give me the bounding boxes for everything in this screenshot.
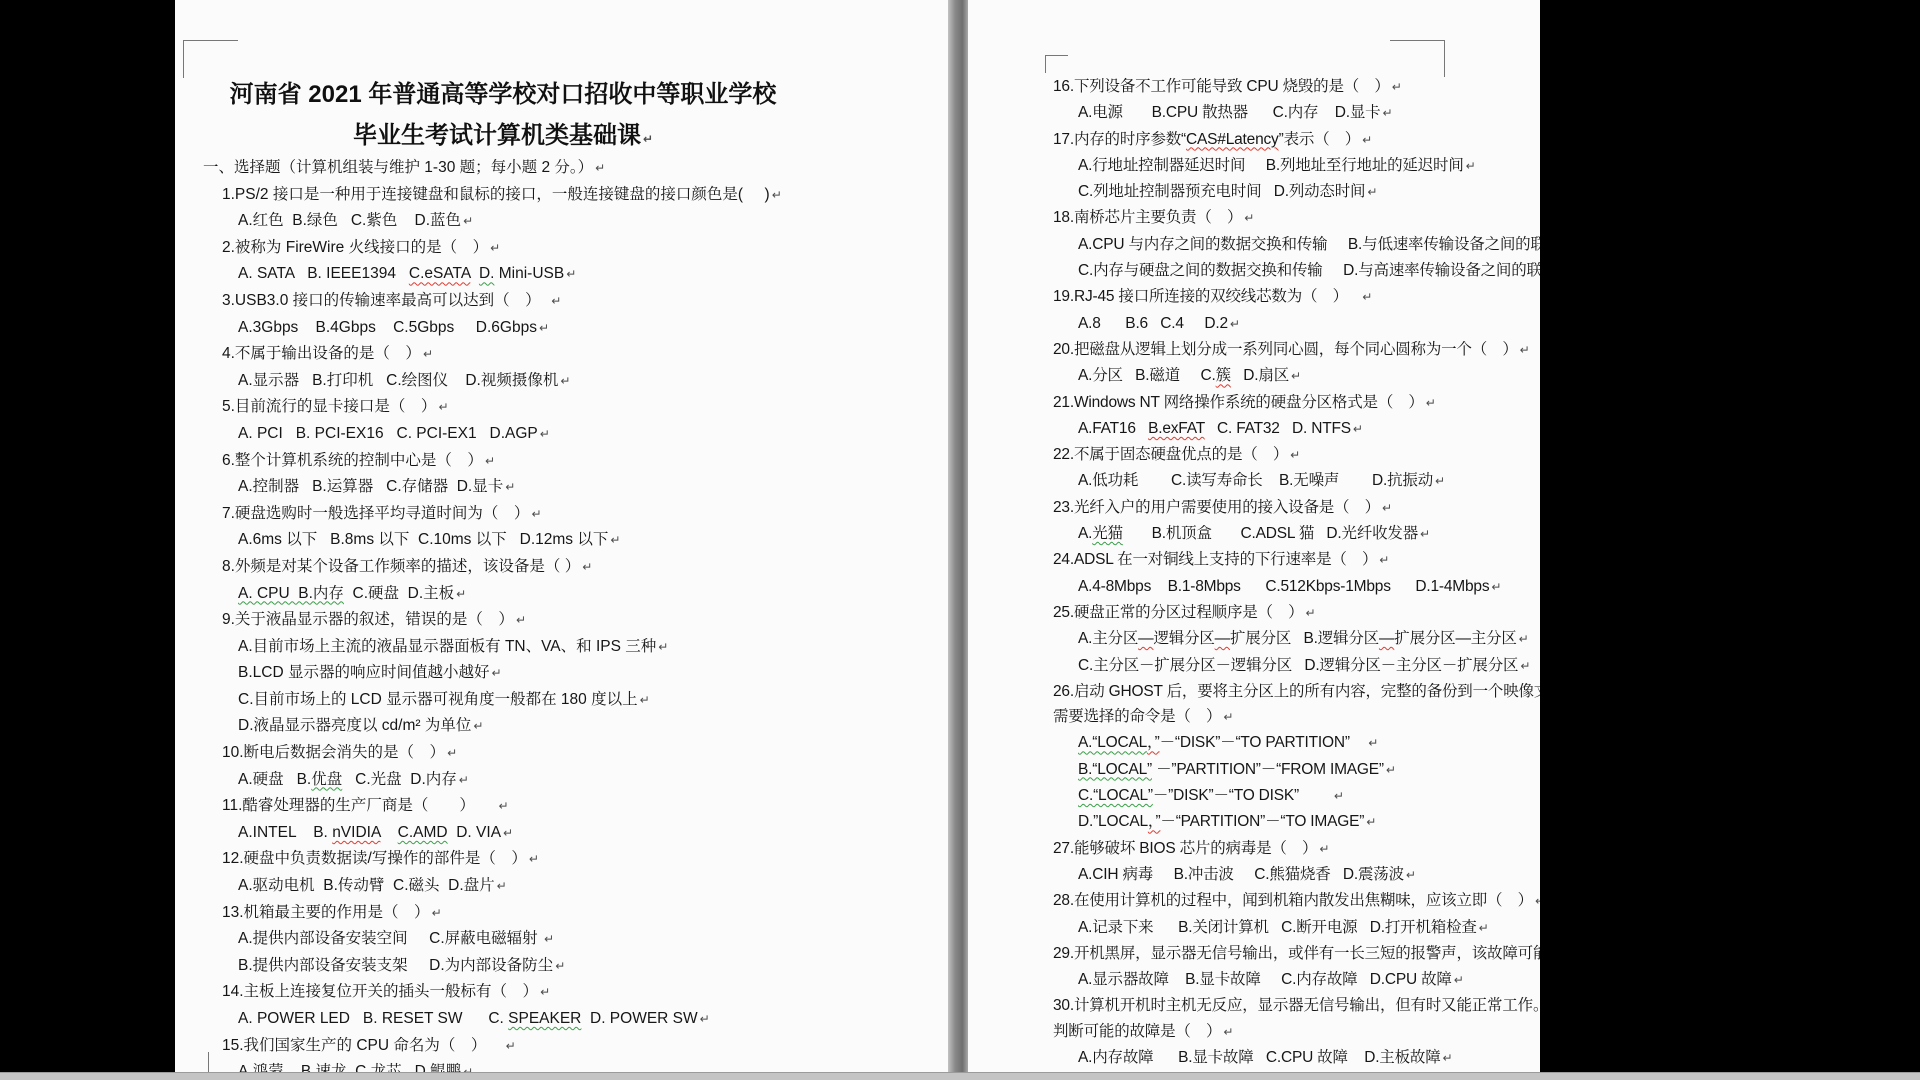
exam-text-line: 26.启动 GHOST 后，要将主分区上的所有内容，完整的备份到一个映像文件中， bbox=[1053, 679, 1540, 704]
exam-text-line: A.鸿蒙 B.速龙 C.龙芯 D.鲲鹏 bbox=[238, 1059, 782, 1072]
text-segment: A.硬盘 B. bbox=[238, 771, 311, 788]
text-segment: A. bbox=[1078, 525, 1092, 542]
exam-text-line: 2.被称为 FireWire 火线接口的是（ ） bbox=[222, 235, 782, 262]
text-segment: 需要选择的命令是（ ） bbox=[1053, 708, 1221, 725]
paragraph-return-mark bbox=[514, 611, 526, 628]
text-segment: B.机顶盒 C.ADSL 猫 D.光纤收发器 bbox=[1123, 525, 1418, 542]
paragraph-return-mark bbox=[564, 265, 576, 282]
paragraph-return-mark bbox=[421, 345, 433, 362]
text-segment: B.LCD 显示器的响应时间值越小越好 bbox=[238, 664, 489, 681]
exam-text-line: 29.开机黑屏，显示器无信号输出，或伴有一长三短的报警声，该故障可能是（ ） bbox=[1053, 941, 1540, 967]
exam-text-line: A.3Gbps B.4Gbps C.5Gbps D.6Gbps bbox=[238, 315, 782, 342]
text-segment: 扩展分区 B.逻辑分区 bbox=[1230, 630, 1379, 647]
exam-text-line: D.”LOCAL，”－“PARTITION”－“TO IMAGE” bbox=[1078, 809, 1540, 835]
text-segment: D.鲲鹏 bbox=[402, 1063, 461, 1072]
paragraph-return-mark bbox=[1518, 341, 1530, 358]
text-segment: 23.光纤入户的用户需要使用的接入设备是（ ） bbox=[1053, 499, 1380, 516]
exam-text-line: A.红色 B.绿色 C.紫色 D.蓝色 bbox=[238, 208, 782, 235]
text-segment: 17.内存的时序参数“ bbox=[1053, 131, 1186, 148]
paragraph-return-mark bbox=[1404, 866, 1416, 883]
margin-crop-mark bbox=[1045, 55, 1068, 73]
exam-text-line: A.显示器 B.打印机 C.绘图仪 D.视频摄像机 bbox=[238, 368, 782, 395]
text-segment: A.记录下来 B.关闭计算机 C.断开电源 D.打开机箱检查 bbox=[1078, 919, 1477, 936]
exam-text-line: 20.把磁盘从逻辑上划分成一系列同心圆，每个同心圆称为一个（ ） bbox=[1053, 337, 1540, 363]
paragraph-return-mark bbox=[457, 771, 469, 788]
spellcheck-green-underline: C.AMD bbox=[398, 824, 448, 841]
text-segment: D.”LOCAL bbox=[1078, 813, 1148, 830]
spellcheck-green-underline: C.“LOCAL” bbox=[1078, 787, 1153, 804]
exam-text-line: 14.主板上连接复位开关的插头一般标有（ ） bbox=[222, 979, 782, 1006]
exam-text-line: A.光猫 B.机顶盒 C.ADSL 猫 D.光纤收发器 bbox=[1078, 521, 1540, 547]
paragraph-return-mark bbox=[483, 452, 495, 469]
paragraph-return-mark bbox=[1418, 525, 1430, 542]
exam-text-line: A.CPU 与内存之间的数据交换和传输 B.与低速率传输设备之间的联系 bbox=[1078, 232, 1540, 258]
exam-text-line: 6.整个计算机系统的控制中心是（ ） bbox=[222, 448, 782, 475]
exam-text-line: 18.南桥芯片主要负责（ ） bbox=[1053, 205, 1540, 231]
spellcheck-red-underline: — bbox=[1138, 630, 1153, 647]
paragraph-return-mark bbox=[1380, 104, 1392, 121]
exam-text-line: 1.PS/2 接口是一种用于连接键盘和鼠标的接口，一般连接键盘的接口颜色是( ) bbox=[222, 182, 782, 209]
exam-text-line: A.主分区—逻辑分区—扩展分区 B.逻辑分区—扩展分区—主分区 bbox=[1078, 626, 1540, 652]
paragraph-return-mark bbox=[471, 717, 483, 734]
spellcheck-red-underline: ，” bbox=[1148, 813, 1161, 830]
video-frame: 河南省 2021 年普通高等学校对口招收中等职业学校 毕业生考试计算机类基础课 … bbox=[0, 0, 1920, 1080]
text-segment: A.6ms 以下 B.8ms 以下 C.10ms 以下 D.12ms 以下 bbox=[238, 531, 608, 548]
text-segment: －”PARTITION”－“FROM IMAGE” bbox=[1152, 761, 1384, 778]
paragraph-return-mark bbox=[1366, 734, 1378, 751]
exam-text-line: A.硬盘 B.优盘 C.光盘 D.内存 bbox=[238, 767, 782, 794]
text-segment bbox=[470, 265, 479, 282]
text-segment: 判断可能的故障是（ ） bbox=[1053, 1023, 1221, 1040]
text-segment: 一、选择题（计算机组装与维护 1-30 题；每小题 2 分。） bbox=[203, 159, 593, 176]
text-segment: A.红色 B.绿色 C.紫色 D.蓝色 bbox=[238, 212, 461, 229]
paragraph-return-mark bbox=[1489, 578, 1501, 595]
exam-text-line: 3.USB3.0 接口的传输速率最高可以达到（ ） bbox=[222, 288, 782, 315]
text-segment: A.8 B.6 C.4 D.2 bbox=[1078, 315, 1228, 332]
spellcheck-red-underline: B.exFAT bbox=[1148, 420, 1205, 437]
text-segment: 15.我们国家生产的 CPU 命名为（ ） bbox=[222, 1037, 504, 1054]
paragraph-return-mark bbox=[436, 398, 448, 415]
paragraph-return-mark bbox=[1303, 604, 1315, 621]
exam-text-line: A.FAT16 B.exFAT C. FAT32 D. NTFS bbox=[1078, 416, 1540, 442]
text-segment: 29.开机黑屏，显示器无信号输出，或伴有一长三短的报警声，该故障可能是（ ） bbox=[1053, 945, 1540, 962]
paragraph-return-mark bbox=[1518, 657, 1530, 674]
exam-text-line: A.6ms 以下 B.8ms 以下 C.10ms 以下 D.12ms 以下 bbox=[238, 527, 782, 554]
text-segment: A. PCI B. PCI-EX16 C. PCI-EX1 D.AGP bbox=[238, 425, 538, 442]
text-segment: A.分区 B.磁道 C. bbox=[1078, 367, 1216, 384]
paragraph-return-mark bbox=[430, 904, 442, 921]
text-segment: D.扇区 bbox=[1231, 367, 1289, 384]
paragraph-return-mark bbox=[1517, 630, 1529, 647]
text-segment: 8.外频是对某个设备工作频率的描述，该设备是（ ） bbox=[222, 558, 580, 575]
text-segment: A.控制器 B.运算器 C.存储器 D.显卡 bbox=[238, 478, 503, 495]
question-list-left: 一、选择题（计算机组装与维护 1-30 题；每小题 2 分。）1.PS/2 接口… bbox=[222, 155, 782, 1072]
text-segment: A.驱动电机 B.传动臂 C.磁头 D.盘片 bbox=[238, 877, 495, 894]
text-segment: C.光盘 D.内存 bbox=[342, 771, 457, 788]
paragraph-return-mark bbox=[1360, 131, 1372, 148]
text-segment: C.目前市场上的 LCD 显示器可视角度一般都在 180 度以上 bbox=[238, 691, 638, 708]
paragraph-return-mark bbox=[553, 957, 565, 974]
spellcheck-green-underline: B.“LOCAL” bbox=[1078, 761, 1152, 778]
paragraph-return-mark bbox=[1477, 919, 1489, 936]
document-page-right: 16.下列设备不工作可能导致 CPU 烧毁的是（ ）A.电源 B.CPU 散热器… bbox=[968, 0, 1540, 1072]
text-segment: A.INTEL B. bbox=[238, 824, 332, 841]
text-segment: －“PARTITION”－“TO IMAGE” bbox=[1160, 813, 1364, 830]
paragraph-return-mark bbox=[549, 292, 561, 309]
spellcheck-red-underline: 簇 bbox=[1216, 367, 1231, 384]
exam-text-line: 17.内存的时序参数“CAS#Latency”表示（ ） bbox=[1053, 127, 1540, 153]
paragraph-return-mark bbox=[1433, 472, 1445, 489]
spellcheck-green-underline: D. bbox=[479, 265, 495, 282]
text-segment: 19.RJ-45 接口所连接的双绞线芯数为（ ） bbox=[1053, 288, 1360, 305]
spellcheck-red-underline: ，” bbox=[1147, 734, 1160, 751]
spellcheck-red-underline: — bbox=[1215, 630, 1230, 647]
exam-text-line: A. SATA B. IEEE1394 C.eSATA D. Mini-USB bbox=[238, 261, 782, 288]
text-segment: 24.ADSL 在一对铜线上支持的下行速率是（ ） bbox=[1053, 551, 1377, 568]
paragraph-return-mark bbox=[504, 1037, 516, 1054]
paragraph-return-mark bbox=[1390, 78, 1402, 95]
paragraph-return-mark bbox=[496, 797, 508, 814]
text-segment: A.内存故障 B.显卡故障 C.CPU 故障 D.主板故障 bbox=[1078, 1049, 1441, 1066]
exam-text-line: 19.RJ-45 接口所连接的双绞线芯数为（ ） bbox=[1053, 284, 1540, 310]
exam-text-line: D.液晶显示器亮度以 cd/m² 为单位 bbox=[238, 713, 782, 740]
text-segment: 22.不属于固态硬盘优点的是（ ） bbox=[1053, 446, 1288, 463]
question-list-right: 16.下列设备不工作可能导致 CPU 烧毁的是（ ）A.电源 B.CPU 散热器… bbox=[1053, 74, 1540, 1071]
exam-text-line: A. CPU B.内存 C.硬盘 D.主板 bbox=[238, 581, 782, 608]
text-segment: C. bbox=[347, 1063, 371, 1072]
paragraph-return-mark bbox=[1364, 813, 1376, 830]
text-segment: A.显示器 B.打印机 C.绘图仪 D.视频摄像机 bbox=[238, 372, 558, 389]
text-segment: 18.南桥芯片主要负责（ ） bbox=[1053, 209, 1242, 226]
exam-text-line: A.电源 B.CPU 散热器 C.内存 D.显卡 bbox=[1078, 100, 1540, 126]
text-segment: 9.关于液晶显示器的叙述，错误的是（ ） bbox=[222, 611, 514, 628]
exam-text-line: C.“LOCAL”－”DISK”－“TO DISK” bbox=[1078, 783, 1540, 809]
paragraph-return-mark bbox=[1317, 840, 1329, 857]
text-segment: A.CPU 与内存之间的数据交换和传输 B.与低速率传输设备之间的联系 bbox=[1078, 236, 1540, 253]
text-segment: 16.下列设备不工作可能导致 CPU 烧毁的是（ ） bbox=[1053, 78, 1390, 95]
exam-text-line: 一、选择题（计算机组装与维护 1-30 题；每小题 2 分。） bbox=[203, 155, 782, 182]
document-page-left: 河南省 2021 年普通高等学校对口招收中等职业学校 毕业生考试计算机类基础课 … bbox=[175, 0, 948, 1072]
text-segment: 27.能够破坏 BIOS 芯片的病毒是（ ） bbox=[1053, 840, 1317, 857]
text-segment bbox=[380, 824, 397, 841]
exam-title-text: 毕业生考试计算机类基础课 bbox=[353, 122, 641, 149]
text-segment: A.3Gbps B.4Gbps C.5Gbps D.6Gbps bbox=[238, 319, 537, 336]
exam-text-line: 12.硬盘中负责数据读/写操作的部件是（ ） bbox=[222, 846, 782, 873]
text-segment: A. SATA B. IEEE1394 bbox=[238, 265, 409, 282]
exam-text-line: 28.在使用计算机的过程中，闻到机箱内散发出焦糊味，应该立即（ ） bbox=[1053, 888, 1540, 914]
text-segment: 30.计算机开机时主机无反应，显示器无信号输出，但有时又能正常工作。初步 bbox=[1053, 997, 1540, 1014]
text-segment: D. POWER SW bbox=[581, 1010, 697, 1027]
exam-text-line: 22.不属于固态硬盘优点的是（ ） bbox=[1053, 442, 1540, 468]
exam-text-line: B.LCD 显示器的响应时间值越小越好 bbox=[238, 660, 782, 687]
text-segment: A.主分区 bbox=[1078, 630, 1138, 647]
paragraph-return-mark bbox=[529, 505, 541, 522]
exam-text-line: A.内存故障 B.显卡故障 C.CPU 故障 D.主板故障 bbox=[1078, 1045, 1540, 1071]
paragraph-return-mark bbox=[698, 1010, 710, 1027]
paragraph-return-mark bbox=[638, 691, 650, 708]
exam-text-line: B.提供内部设备安装支架 D.为内部设备防尘 bbox=[238, 953, 782, 980]
paragraph-return-mark bbox=[538, 983, 550, 1000]
exam-text-line: 需要选择的命令是（ ） bbox=[1053, 704, 1540, 730]
spellcheck-green-underline: 光猫 bbox=[1092, 525, 1123, 542]
spellcheck-green-underline: SPEAKER bbox=[508, 1010, 581, 1027]
exam-title-line-1: 河南省 2021 年普通高等学校对口招收中等职业学校 bbox=[203, 74, 803, 109]
exam-text-line: 11.酷睿处理器的生产厂商是（ ） bbox=[222, 793, 782, 820]
exam-text-line: A.低功耗 C.读写寿命长 B.无噪声 D.抗振动 bbox=[1078, 468, 1540, 494]
spellcheck-green-underline: 龙芯 bbox=[371, 1063, 402, 1072]
paragraph-return-mark bbox=[580, 558, 592, 575]
paragraph-return-mark bbox=[503, 478, 515, 495]
text-segment: C.列地址控制器预充电时间 D.列动态时间 bbox=[1078, 183, 1365, 200]
exam-text-line: A. POWER LED B. RESET SW C. SPEAKER D. P… bbox=[238, 1006, 782, 1033]
paragraph-return-mark bbox=[1221, 708, 1233, 725]
exam-text-line: A.分区 B.磁道 C.簇 D.扇区 bbox=[1078, 363, 1540, 389]
paragraph-return-mark bbox=[445, 744, 457, 761]
exam-text-line: 8.外频是对某个设备工作频率的描述，该设备是（ ） bbox=[222, 554, 782, 581]
text-segment: 11.酷睿处理器的生产厂商是（ ） bbox=[222, 797, 496, 814]
paragraph-return-mark bbox=[538, 425, 550, 442]
paragraph-return-mark bbox=[495, 877, 507, 894]
text-segment: D. VIA bbox=[448, 824, 501, 841]
exam-text-line: A.“LOCAL，”－“DISK”－“TO PARTITION” bbox=[1078, 730, 1540, 756]
text-segment: A.电源 B.CPU 散热器 C.内存 D.显卡 bbox=[1078, 104, 1380, 121]
exam-title-line-2: 毕业生考试计算机类基础课 bbox=[203, 115, 803, 150]
exam-text-line: 27.能够破坏 BIOS 芯片的病毒是（ ） bbox=[1053, 836, 1540, 862]
exam-text-line: 5.目前流行的显卡接口是（ ） bbox=[222, 394, 782, 421]
paragraph-return-mark bbox=[1289, 367, 1301, 384]
paragraph-return-mark bbox=[527, 850, 539, 867]
paragraph-return-mark bbox=[1377, 551, 1389, 568]
paragraph-return-mark bbox=[461, 212, 473, 229]
text-segment: B.提供内部设备安装支架 D.为内部设备防尘 bbox=[238, 957, 553, 974]
text-segment: 6.整个计算机系统的控制中心是（ ） bbox=[222, 452, 483, 469]
exam-text-line: A.目前市场上主流的液晶显示器面板有 TN、VA、和 IPS 三种 bbox=[238, 634, 782, 661]
paragraph-return-mark bbox=[1533, 892, 1540, 909]
spellcheck-red-underline: — bbox=[1379, 630, 1394, 647]
text-segment: －“DISK”－“TO PARTITION” bbox=[1160, 734, 1367, 751]
exam-text-line: 25.硬盘正常的分区过程顺序是（ ） bbox=[1053, 600, 1540, 626]
paragraph-return-mark bbox=[656, 638, 668, 655]
paragraph-return-mark bbox=[1351, 420, 1363, 437]
exam-text-line: 15.我们国家生产的 CPU 命名为（ ） bbox=[222, 1033, 782, 1060]
exam-text-line: B.“LOCAL” －”PARTITION”－“FROM IMAGE” bbox=[1078, 757, 1540, 783]
paragraph-return-mark bbox=[770, 186, 782, 203]
text-segment: A.4-8Mbps B.1-8Mbps C.512Kbps-1Mbps D.1-… bbox=[1078, 578, 1489, 595]
exam-text-line: 16.下列设备不工作可能导致 CPU 烧毁的是（ ） bbox=[1053, 74, 1540, 100]
spellcheck-red-underline: CAS#Latency bbox=[1186, 131, 1279, 148]
exam-text-line: 判断可能的故障是（ ） bbox=[1053, 1019, 1540, 1045]
paragraph-return-mark bbox=[1228, 315, 1240, 332]
exam-text-line: 7.硬盘选购时一般选择平均寻道时间为（ ） bbox=[222, 501, 782, 528]
text-segment: A.CIH 病毒 B.冲击波 C.熊猫烧香 D.震荡波 bbox=[1078, 866, 1404, 883]
text-segment: 21.Windows NT 网络操作系统的硬盘分区格式是（ ） bbox=[1053, 394, 1424, 411]
exam-title-text: 河南省 2021 年普通高等学校对口招收中等职业学校 bbox=[230, 81, 777, 108]
exam-text-line: 23.光纤入户的用户需要使用的接入设备是（ ） bbox=[1053, 495, 1540, 521]
exam-text-line: 13.机箱最主要的作用是（ ） bbox=[222, 900, 782, 927]
text-segment: C.主分区－扩展分区－逻辑分区 D.逻辑分区－主分区－扩展分区 bbox=[1078, 657, 1518, 674]
text-segment: Mini-USB bbox=[494, 265, 564, 282]
text-segment: 28.在使用计算机的过程中，闻到机箱内散发出焦糊味，应该立即（ ） bbox=[1053, 892, 1533, 909]
spellcheck-green-underline: A. CPU B.内存 bbox=[238, 585, 344, 602]
text-segment: A.行地址控制器延迟时间 B.列地址至行地址的延迟时间 bbox=[1078, 157, 1464, 174]
paragraph-return-mark bbox=[593, 159, 605, 176]
exam-text-line: A.行地址控制器延迟时间 B.列地址至行地址的延迟时间 bbox=[1078, 153, 1540, 179]
spellcheck-red-underline: nVIDIA bbox=[332, 824, 380, 841]
paragraph-return-mark bbox=[1452, 971, 1464, 988]
page-gutter bbox=[948, 0, 968, 1072]
paragraph-return-mark bbox=[1288, 446, 1300, 463]
text-segment: 12.硬盘中负责数据读/写操作的部件是（ ） bbox=[222, 850, 527, 867]
paragraph-return-mark bbox=[1441, 1049, 1453, 1066]
text-segment: 扩展分区—主分区 bbox=[1394, 630, 1516, 647]
exam-text-line: 30.计算机开机时主机无反应，显示器无信号输出，但有时又能正常工作。初步 bbox=[1053, 993, 1540, 1018]
paragraph-return-mark bbox=[1464, 157, 1476, 174]
text-segment: A.提供内部设备安装空间 C.屏蔽电磁辐射 bbox=[238, 930, 542, 947]
text-segment: 4.不属于输出设备的是（ ） bbox=[222, 345, 421, 362]
text-segment: 20.把磁盘从逻辑上划分成一系列同心圆，每个同心圆称为一个（ ） bbox=[1053, 341, 1518, 358]
exam-text-line: A.4-8Mbps B.1-8Mbps C.512Kbps-1Mbps D.1-… bbox=[1078, 574, 1540, 600]
exam-text-line: A. PCI B. PCI-EX16 C. PCI-EX1 D.AGP bbox=[238, 421, 782, 448]
paragraph-return-mark bbox=[454, 585, 466, 602]
text-segment: 2.被称为 FireWire 火线接口的是（ ） bbox=[222, 239, 488, 256]
paragraph-return-mark bbox=[1365, 183, 1377, 200]
text-segment: C.内存与硬盘之间的数据交换和传输 D.与高速率传输设备之间的联系 bbox=[1078, 262, 1540, 279]
exam-text-line: 24.ADSL 在一对铜线上支持的下行速率是（ ） bbox=[1053, 547, 1540, 573]
spellcheck-green-underline: 速龙 bbox=[316, 1063, 347, 1072]
text-segment: 26.启动 GHOST 后，要将主分区上的所有内容，完整的备份到一个映像文件中， bbox=[1053, 683, 1540, 700]
text-segment: C.硬盘 D.主板 bbox=[344, 585, 454, 602]
exam-text-line: A.提供内部设备安装空间 C.屏蔽电磁辐射 bbox=[238, 926, 782, 953]
exam-text-line: C.目前市场上的 LCD 显示器可视角度一般都在 180 度以上 bbox=[238, 687, 782, 714]
exam-text-line: A.8 B.6 C.4 D.2 bbox=[1078, 311, 1540, 337]
text-segment: C. FAT32 D. NTFS bbox=[1205, 420, 1351, 437]
paragraph-return-mark bbox=[558, 372, 570, 389]
exam-text-line: A.INTEL B. nVIDIA C.AMD D. VIA bbox=[238, 820, 782, 847]
margin-crop-mark bbox=[183, 40, 238, 78]
text-segment: A.FAT16 bbox=[1078, 420, 1148, 437]
spellcheck-red-underline: C.eSATA bbox=[409, 265, 470, 282]
text-segment: 25.硬盘正常的分区过程顺序是（ ） bbox=[1053, 604, 1303, 621]
window-bottom-strip bbox=[0, 1072, 1920, 1080]
paragraph-return-mark bbox=[461, 1063, 473, 1072]
paragraph-return-mark bbox=[1332, 787, 1344, 804]
text-segment: D.液晶显示器亮度以 cd/m² 为单位 bbox=[238, 717, 471, 734]
exam-text-line: 9.关于液晶显示器的叙述，错误的是（ ） bbox=[222, 607, 782, 634]
paragraph-return-mark bbox=[1380, 499, 1392, 516]
text-segment: A.鸿蒙 B. bbox=[238, 1063, 316, 1072]
spellcheck-green-underline: 优盘 bbox=[311, 771, 342, 788]
paragraph-return-mark bbox=[608, 531, 620, 548]
exam-text-line: A.CIH 病毒 B.冲击波 C.熊猫烧香 D.震荡波 bbox=[1078, 862, 1540, 888]
text-segment: 10.断电后数据会消失的是（ ） bbox=[222, 744, 445, 761]
text-segment: ”表示（ ） bbox=[1279, 131, 1360, 148]
paragraph-return-mark bbox=[488, 239, 500, 256]
paragraph-return-mark bbox=[1424, 394, 1436, 411]
paragraph-return-mark bbox=[501, 824, 513, 841]
paragraph-return-mark bbox=[542, 930, 554, 947]
exam-text-line: A.记录下来 B.关闭计算机 C.断开电源 D.打开机箱检查 bbox=[1078, 915, 1540, 941]
text-segment: 7.硬盘选购时一般选择平均寻道时间为（ ） bbox=[222, 505, 529, 522]
text-segment: A.目前市场上主流的液晶显示器面板有 TN、VA、和 IPS 三种 bbox=[238, 638, 656, 655]
exam-text-line: 21.Windows NT 网络操作系统的硬盘分区格式是（ ） bbox=[1053, 390, 1540, 416]
exam-text-line: A.驱动电机 B.传动臂 C.磁头 D.盘片 bbox=[238, 873, 782, 900]
paragraph-return-mark bbox=[537, 319, 549, 336]
text-segment: A. POWER LED B. RESET SW C. bbox=[238, 1010, 508, 1027]
paragraph-return-mark bbox=[1384, 761, 1396, 778]
text-segment: A.显示器故障 B.显卡故障 C.内存故障 D.CPU 故障 bbox=[1078, 971, 1452, 988]
paragraph-return-mark bbox=[1360, 288, 1372, 305]
exam-text-line: C.主分区－扩展分区－逻辑分区 D.逻辑分区－主分区－扩展分区 bbox=[1078, 653, 1540, 679]
exam-text-line: 4.不属于输出设备的是（ ） bbox=[222, 341, 782, 368]
text-segment: 14.主板上连接复位开关的插头一般标有（ ） bbox=[222, 983, 538, 1000]
paragraph-return-mark bbox=[489, 664, 501, 681]
paragraph-return-mark bbox=[1242, 209, 1254, 226]
text-segment: －”DISK”－“TO DISK” bbox=[1153, 787, 1332, 804]
exam-text-line: 10.断电后数据会消失的是（ ） bbox=[222, 740, 782, 767]
exam-text-line: A.显示器故障 B.显卡故障 C.内存故障 D.CPU 故障 bbox=[1078, 967, 1540, 993]
text-segment: 1.PS/2 接口是一种用于连接键盘和鼠标的接口，一般连接键盘的接口颜色是( ) bbox=[222, 186, 770, 203]
paragraph-return-mark bbox=[1221, 1023, 1233, 1040]
text-segment: 3.USB3.0 接口的传输速率最高可以达到（ ） bbox=[222, 292, 549, 309]
text-segment: 13.机箱最主要的作用是（ ） bbox=[222, 904, 430, 921]
spellcheck-green-underline: A.“LOCAL bbox=[1078, 734, 1147, 751]
margin-crop-mark bbox=[1390, 40, 1445, 77]
exam-text-line: C.列地址控制器预充电时间 D.列动态时间 bbox=[1078, 179, 1540, 205]
text-segment: 5.目前流行的显卡接口是（ ） bbox=[222, 398, 436, 415]
text-segment: A.低功耗 C.读写寿命长 B.无噪声 D.抗振动 bbox=[1078, 472, 1433, 489]
exam-text-line: C.内存与硬盘之间的数据交换和传输 D.与高速率传输设备之间的联系 bbox=[1078, 258, 1540, 284]
text-segment: 逻辑分区 bbox=[1153, 630, 1214, 647]
paragraph-return-mark bbox=[641, 122, 653, 149]
exam-text-line: A.控制器 B.运算器 C.存储器 D.显卡 bbox=[238, 474, 782, 501]
